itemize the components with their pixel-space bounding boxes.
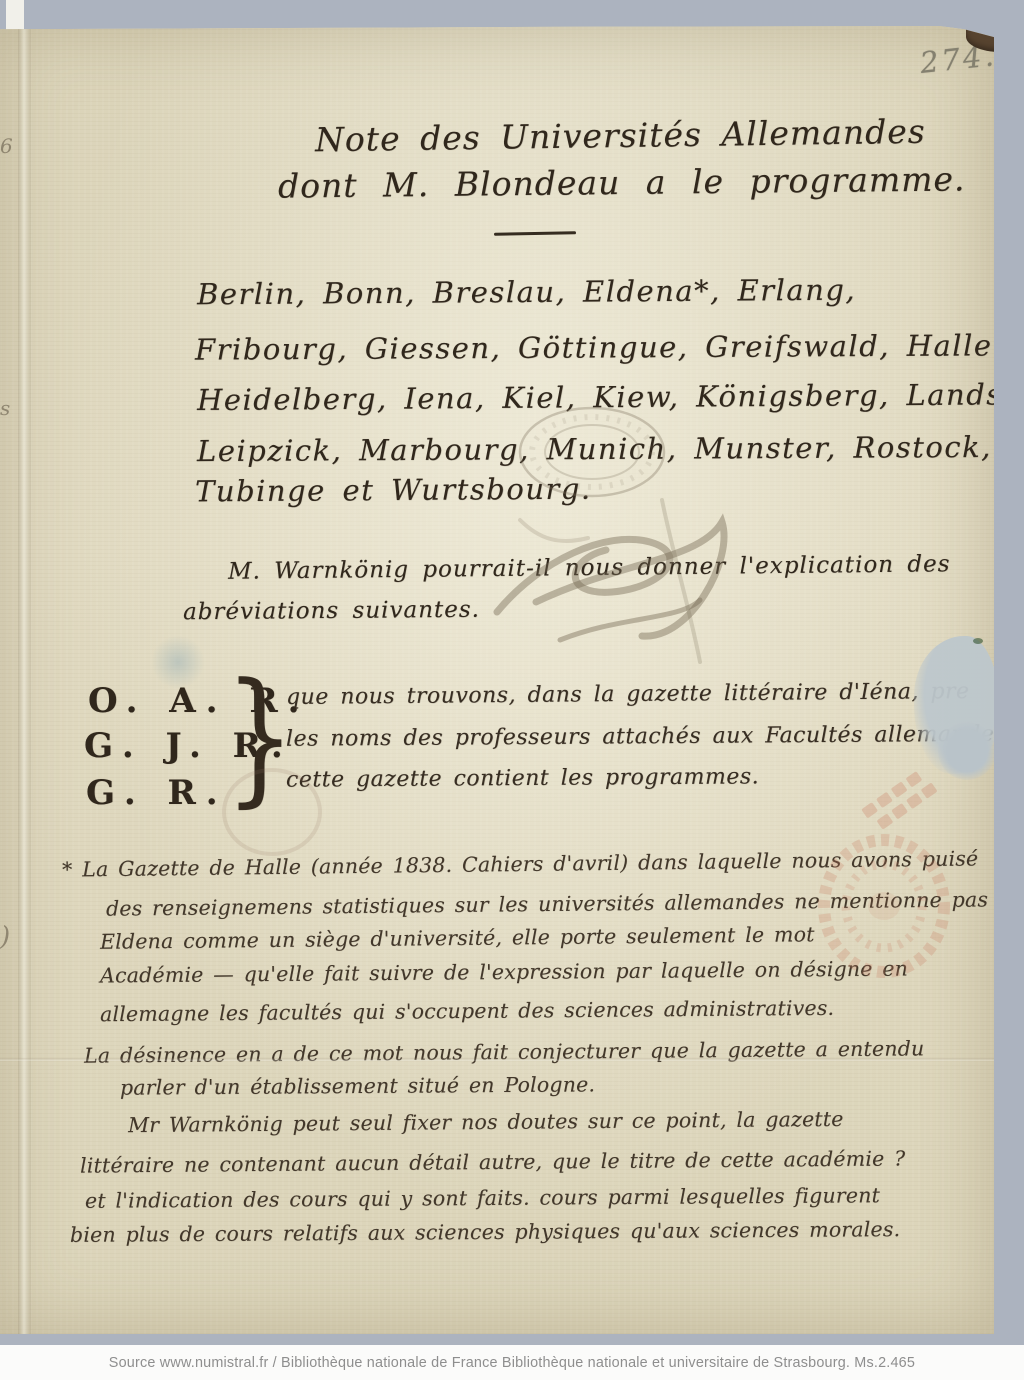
footnote-line-11: bien plus de cours relatifs aux sciences… (70, 1217, 900, 1247)
explanation-line-2: les noms des professeurs attachés aux Fa… (286, 721, 994, 751)
footnote-line-5: allemagne les facultés qui s'occupent de… (100, 996, 834, 1026)
footnote-line-4: Académie — qu'elle fait suivre de l'expr… (100, 956, 908, 987)
university-list-line-5: Tubinge et Wurtsbourg. (195, 472, 592, 509)
university-list-line-1: Berlin, Bonn, Breslau, Eldena*, Erlang, (197, 273, 856, 312)
explanation-line-3: cette gazette contient les programmes. (286, 764, 759, 792)
university-list-line-2: Fribourg, Giessen, Göttingue, Greifswald… (195, 327, 994, 366)
title-line-1: Note des Universités Allemandes (315, 112, 926, 160)
footnote-line-6: La désinence en a de ce mot nous fait co… (84, 1036, 925, 1067)
repair-patch (938, 722, 994, 780)
title-line-2: dont M. Blondeau a le programme. (278, 159, 966, 205)
footnote-line-3: Eldena comme un siège d'université, elle… (100, 922, 815, 953)
manuscript-page: 6 s ) 274. Note des Universités Allemand… (0, 26, 994, 1334)
abbreviation-brace: } (225, 652, 295, 821)
footer-bar: Source www.numistral.fr / Bibliothèque n… (0, 1345, 1024, 1380)
question-line-1: M. Warnkönig pourrait-il nous donner l'e… (228, 551, 951, 585)
university-list-line-3: Heidelberg, Iena, Kiel, Kiew, Königsberg… (197, 377, 994, 417)
blue-ink-smudge (150, 636, 206, 688)
footnote-line-1: * La Gazette de Halle (année 1838. Cahie… (62, 846, 979, 881)
footnote-line-10: et l'indication des cours qui y sont fai… (85, 1183, 880, 1213)
question-line-2: abréviations suivantes. (183, 597, 480, 626)
paper-crease (0, 1058, 994, 1061)
scanned-manuscript: 6 s ) 274. Note des Universités Allemand… (0, 0, 1024, 1380)
footer-source-text: Source www.numistral.fr / Bibliothèque n… (109, 1354, 915, 1371)
footnote-line-2: des renseignemens statistiques sur les u… (106, 887, 988, 920)
footnote-line-9: littéraire ne contenant aucun détail aut… (80, 1146, 906, 1177)
underlying-page-edge (6, 0, 24, 30)
university-list-line-4: Leipzick, Marbourg, Munich, Munster, Ros… (197, 430, 992, 468)
paper-speck (973, 638, 983, 644)
title-underline (494, 231, 576, 235)
left-edge-fragment: 6 (0, 134, 13, 158)
left-edge-fragment: s (0, 396, 10, 420)
footnote-line-7: parler d'un établissement situé en Polog… (120, 1072, 595, 1099)
left-edge-fragment: ) (0, 922, 10, 952)
abbreviation-3: G. R. (86, 773, 228, 813)
fold-line (18, 26, 31, 1334)
footnote-line-8: Mr Warnkönig peut seul fixer nos doutes … (128, 1107, 844, 1137)
explanation-line-1: que nous trouvons, dans la gazette litté… (286, 679, 970, 710)
